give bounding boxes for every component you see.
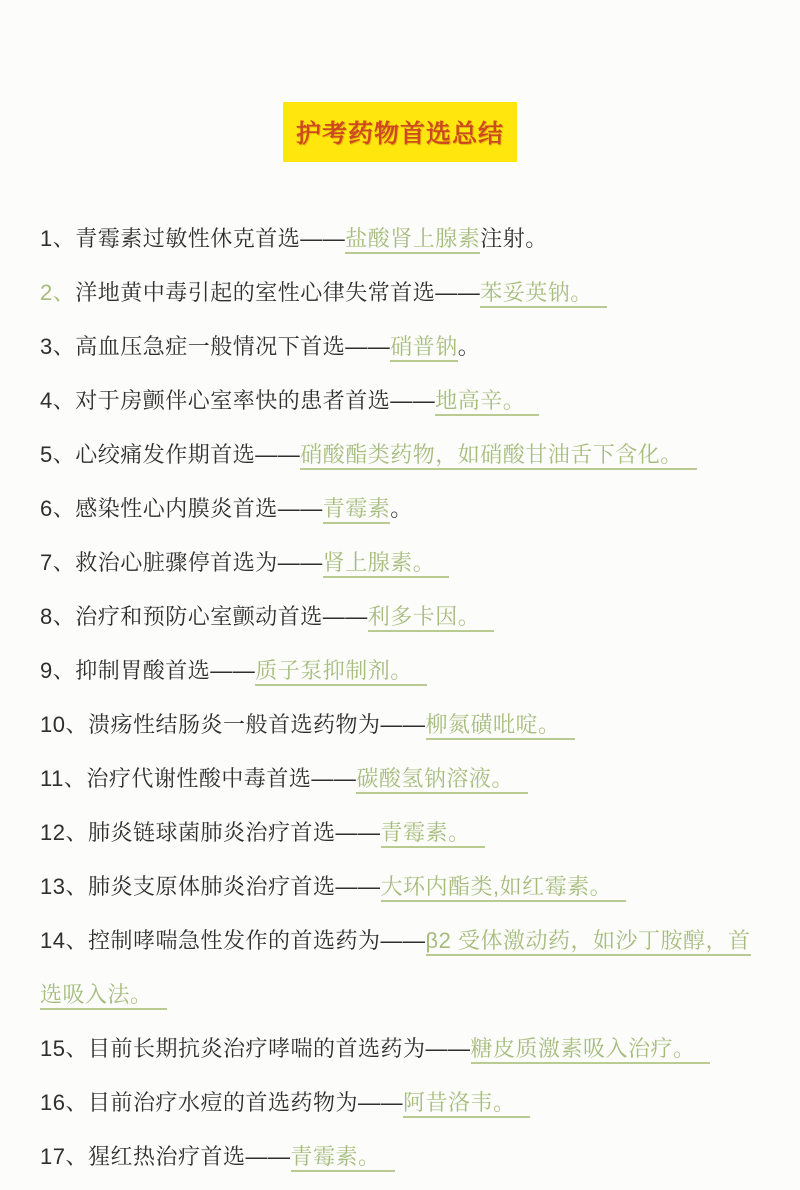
item-question-text: 肺炎支原体肺炎治疗首选—— bbox=[88, 874, 381, 899]
item-number: 14、 bbox=[40, 928, 88, 953]
item-number: 12、 bbox=[40, 820, 88, 845]
list-item: 5、心绞痛发作期首选——硝酸酯类药物，如硝酸甘油舌下含化。 bbox=[40, 428, 760, 482]
list-item: 15、目前长期抗炎治疗哮喘的首选药为——糖皮质激素吸入治疗。 bbox=[40, 1022, 760, 1076]
list-item: 17、猩红热治疗首选——青霉素。 bbox=[40, 1130, 760, 1184]
drug-answer: 碳酸氢钠溶液。 bbox=[356, 766, 528, 794]
item-question-text: 治疗和预防心室颤动首选—— bbox=[75, 604, 368, 629]
drug-answer: 肾上腺素。 bbox=[323, 550, 450, 578]
item-suffix-text: 。 bbox=[458, 334, 481, 359]
item-question-text: 救治心脏骤停首选为—— bbox=[75, 550, 323, 575]
list-item: 11、治疗代谢性酸中毒首选——碳酸氢钠溶液。 bbox=[40, 752, 760, 806]
item-number: 16、 bbox=[40, 1090, 88, 1115]
item-question-text: 感染性心内膜炎首选—— bbox=[75, 496, 323, 521]
item-question-text: 目前长期抗炎治疗哮喘的首选药为—— bbox=[88, 1036, 471, 1061]
item-number: 8、 bbox=[40, 604, 75, 629]
item-suffix-text: 注射。 bbox=[480, 226, 548, 251]
list-item: 6、感染性心内膜炎首选——青霉素。 bbox=[40, 482, 760, 536]
drug-answer: 柳氮磺吡啶。 bbox=[426, 712, 575, 740]
drug-answer: 利多卡因。 bbox=[368, 604, 495, 632]
list-item: 13、肺炎支原体肺炎治疗首选——大环内酯类,如红霉素。 bbox=[40, 860, 760, 914]
list-item: 7、救治心脏骤停首选为——肾上腺素。 bbox=[40, 536, 760, 590]
title-area: 护考药物首选总结 bbox=[0, 0, 800, 162]
item-question-text: 肺炎链球菌肺炎治疗首选—— bbox=[88, 820, 381, 845]
list-item: 1、青霉素过敏性休克首选——盐酸肾上腺素注射。 bbox=[40, 212, 760, 266]
drug-answer: 盐酸肾上腺素 bbox=[345, 226, 480, 254]
item-question-text: 溃疡性结肠炎一般首选药物为—— bbox=[88, 712, 426, 737]
item-question-text: 目前治疗水痘的首选药物为—— bbox=[88, 1090, 403, 1115]
item-number: 10、 bbox=[40, 712, 88, 737]
drug-answer: 质子泵抑制剂。 bbox=[255, 658, 427, 686]
drug-answer: 地高辛。 bbox=[435, 388, 539, 416]
item-number: 4、 bbox=[40, 388, 75, 413]
item-number: 9、 bbox=[40, 658, 75, 683]
item-question-text: 抑制胃酸首选—— bbox=[75, 658, 255, 683]
drug-answer: 青霉素 bbox=[323, 496, 391, 524]
drug-answer: 硝酸酯类药物，如硝酸甘油舌下含化。 bbox=[300, 442, 697, 470]
item-question-text: 控制哮喘急性发作的首选药为—— bbox=[88, 928, 426, 953]
list-item: 16、目前治疗水痘的首选药物为——阿昔洛韦。 bbox=[40, 1076, 760, 1130]
item-question-text: 高血压急症一般情况下首选—— bbox=[75, 334, 390, 359]
drug-answer: 青霉素。 bbox=[291, 1144, 395, 1172]
item-question-text: 治疗代谢性酸中毒首选—— bbox=[86, 766, 356, 791]
drug-answer: 青霉素。 bbox=[381, 820, 485, 848]
item-question-text: 猩红热治疗首选—— bbox=[88, 1144, 291, 1169]
item-number: 5、 bbox=[40, 442, 75, 467]
item-number: 2、 bbox=[40, 280, 75, 305]
item-number: 1、 bbox=[40, 226, 75, 251]
drug-answer: 大环内酯类,如红霉素。 bbox=[381, 874, 627, 902]
item-number: 15、 bbox=[40, 1036, 88, 1061]
item-question-text: 对于房颤伴心室率快的患者首选—— bbox=[75, 388, 435, 413]
item-number: 17、 bbox=[40, 1144, 88, 1169]
list-item: 3、高血压急症一般情况下首选——硝普钠。 bbox=[40, 320, 760, 374]
item-question-text: 青霉素过敏性休克首选—— bbox=[75, 226, 345, 251]
item-number: 11、 bbox=[40, 766, 86, 791]
item-question-text: 洋地黄中毒引起的室性心律失常首选—— bbox=[75, 280, 480, 305]
list-item: 10、溃疡性结肠炎一般首选药物为——柳氮磺吡啶。 bbox=[40, 698, 760, 752]
list-item: 14、控制哮喘急性发作的首选药为——β2 受体激动药，如沙丁胺醇，首选吸入法。 bbox=[40, 914, 760, 1022]
list-item: 2、洋地黄中毒引起的室性心律失常首选——苯妥英钠。 bbox=[40, 266, 760, 320]
item-number: 13、 bbox=[40, 874, 88, 899]
list-item: 8、治疗和预防心室颤动首选——利多卡因。 bbox=[40, 590, 760, 644]
list-item: 12、肺炎链球菌肺炎治疗首选——青霉素。 bbox=[40, 806, 760, 860]
drug-answer: 苯妥英钠。 bbox=[480, 280, 607, 308]
drug-answer: 糖皮质激素吸入治疗。 bbox=[471, 1036, 710, 1064]
page-title: 护考药物首选总结 bbox=[283, 102, 517, 162]
list-item: 9、抑制胃酸首选——质子泵抑制剂。 bbox=[40, 644, 760, 698]
notes-page: 护考药物首选总结 1、青霉素过敏性休克首选——盐酸肾上腺素注射。2、洋地黄中毒引… bbox=[0, 0, 800, 1184]
item-number: 3、 bbox=[40, 334, 75, 359]
drug-answer: 硝普钠 bbox=[390, 334, 458, 362]
item-suffix-text: 。 bbox=[390, 496, 413, 521]
list-item: 4、对于房颤伴心室率快的患者首选——地高辛。 bbox=[40, 374, 760, 428]
item-question-text: 心绞痛发作期首选—— bbox=[75, 442, 300, 467]
item-number: 6、 bbox=[40, 496, 75, 521]
item-list: 1、青霉素过敏性休克首选——盐酸肾上腺素注射。2、洋地黄中毒引起的室性心律失常首… bbox=[40, 212, 760, 1184]
item-number: 7、 bbox=[40, 550, 75, 575]
drug-answer: 阿昔洛韦。 bbox=[403, 1090, 530, 1118]
